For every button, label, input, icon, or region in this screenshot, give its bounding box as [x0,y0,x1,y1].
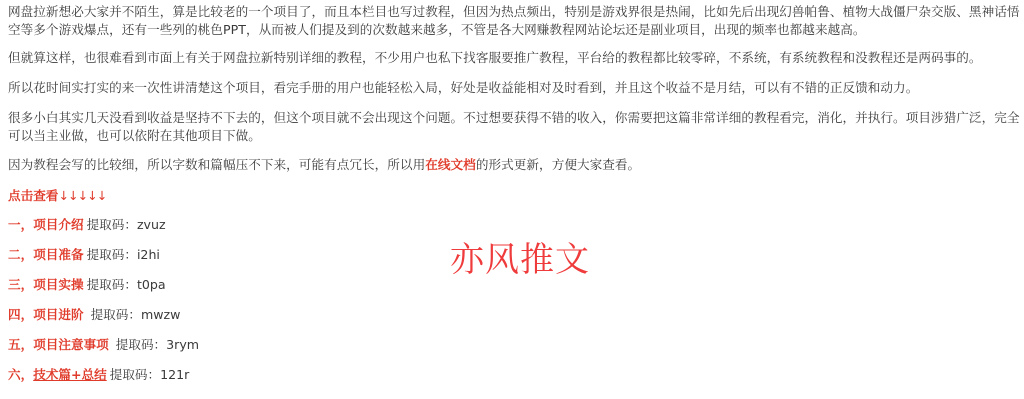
item-title-practice[interactable]: 三，项目实操 [8,277,84,292]
list-item-notes: 五，项目注意事项 提取码：3rym [8,336,199,354]
extraction-code: zvuz [137,217,166,232]
code-label: 提取码： [110,367,160,382]
paragraph-5: 因为教程会写的比较细，所以字数和篇幅压不下来，可能有点冗长，所以用在线文档的形式… [8,156,640,174]
item-title-notes[interactable]: 五，项目注意事项 [8,337,109,352]
code-label: 提取码： [112,337,166,352]
online-doc-highlight: 在线文档 [425,157,476,172]
list-item-practice: 三，项目实操提取码：t0pa [8,276,166,294]
list-item-advanced: 四，项目进阶 提取码：mwzw [8,306,180,324]
extraction-code: i2hi [137,247,160,262]
item-title-intro[interactable]: 一，项目介绍 [8,217,84,232]
item-link-tech-summary[interactable]: 技术篇+总结 [33,367,107,382]
code-label: 提取码： [87,247,137,262]
item-title-prep[interactable]: 二，项目准备 [8,247,84,262]
list-item-tech-summary: 六，技术篇+总结提取码：121r [8,366,189,384]
down-arrows-icon: ↓↓↓↓↓ [58,188,106,203]
extraction-code: 121r [160,367,189,382]
code-label: 提取码： [87,277,137,292]
code-label: 提取码： [87,217,137,232]
extraction-code: mwzw [141,307,180,322]
item-title-advanced[interactable]: 四，项目进阶 [8,307,84,322]
intro-paragraph: 网盘拉新想必大家并不陌生，算是比较老的一个项目了，而且本栏目也写过教程，但因为热… [8,3,1020,39]
click-to-view-label: 点击查看 [8,188,58,203]
paragraph-5-before: 因为教程会写的比较细，所以字数和篇幅压不下来，可能有点冗长，所以用 [8,157,425,172]
paragraph-5-after: 的形式更新，方便大家查看。 [476,157,640,172]
item-title-prefix: 六， [8,367,33,382]
paragraph-3: 所以花时间实打实的来一次性讲清楚这个项目，看完手册的用户也能轻松入局，好处是收益… [8,79,918,97]
list-item-prep: 二，项目准备提取码：i2hi [8,246,160,264]
list-item-intro: 一，项目介绍提取码：zvuz [8,216,166,234]
paragraph-2: 但就算这样，也很难看到市面上有关于网盘拉新特别详细的教程，不少用户也私下找客服要… [8,49,982,67]
paragraph-4: 很多小白其实几天没看到收益是坚持不下去的，但这个项目就不会出现这个问题。不过想要… [8,109,1020,145]
watermark-text: 亦风推文 [450,232,590,281]
click-to-view-prompt: 点击查看↓↓↓↓↓ [8,187,106,205]
code-label: 提取码： [87,307,141,322]
extraction-code: 3rym [166,337,199,352]
extraction-code: t0pa [137,277,166,292]
